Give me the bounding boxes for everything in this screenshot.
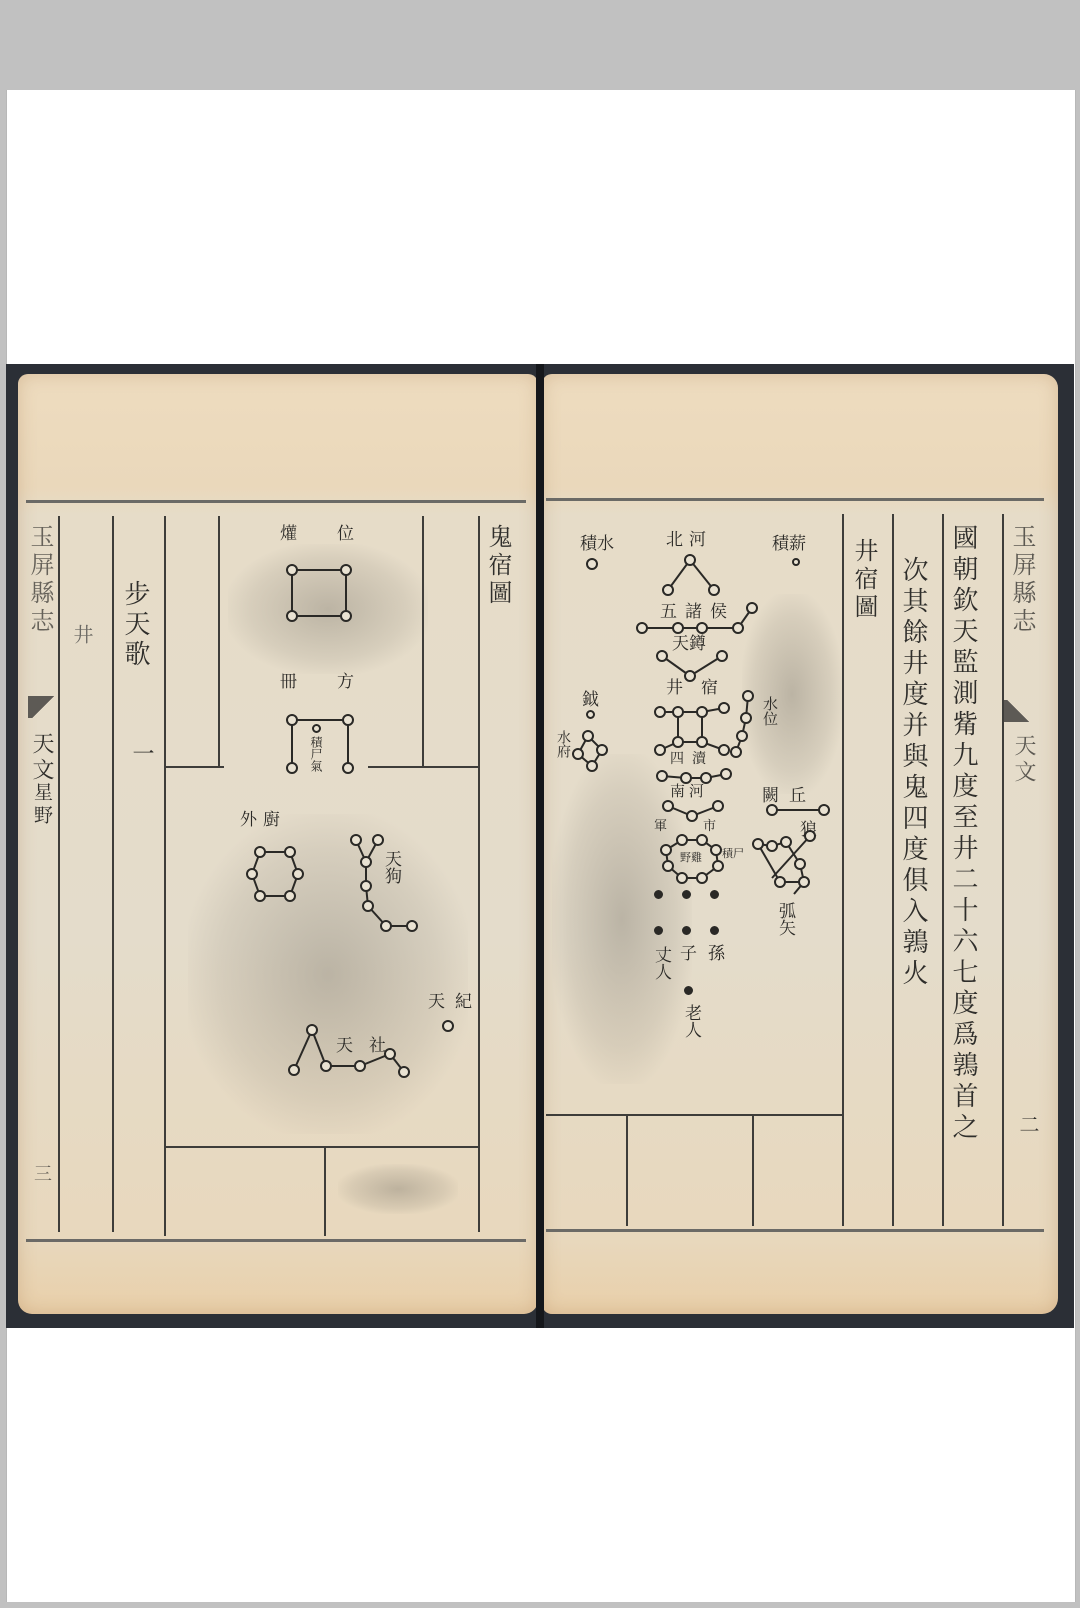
star-icon [306, 1024, 318, 1036]
star-icon [398, 1066, 410, 1078]
label-zhangren: 丈人 [652, 946, 669, 980]
star-icon [654, 890, 663, 899]
star-icon [780, 836, 792, 848]
label-sun: 孫 [708, 946, 725, 963]
star-icon [710, 890, 719, 899]
label-hushi: 弧矢 [776, 902, 793, 936]
star-icon [288, 1064, 300, 1076]
label-laoren: 老人 [682, 1004, 699, 1038]
constellation-tianshe [18, 374, 538, 1314]
star-icon [794, 858, 806, 870]
scanned-book-spread: 玉屏縣志 天文 星野 三 井 步天歌 一 鬼宿圖 爟位 冊方 [6, 364, 1074, 1328]
label-zi: 子 [680, 946, 697, 963]
star-icon [384, 1048, 396, 1060]
star-icon [682, 890, 691, 899]
star-icon [766, 840, 778, 852]
star-icon [320, 1060, 332, 1072]
star-icon [682, 926, 691, 935]
left-page: 玉屏縣志 天文 星野 三 井 步天歌 一 鬼宿圖 爟位 冊方 [18, 374, 538, 1314]
constellation-hushi [542, 374, 1058, 1314]
book-gutter [536, 364, 544, 1328]
star-icon [798, 876, 810, 888]
star-icon [684, 986, 693, 995]
star-icon [774, 876, 786, 888]
right-page: 玉屏縣志 天文 二 國朝欽天監測觜九度至井二十六七度爲鶉首之 次其餘井度并與鬼四… [542, 374, 1058, 1314]
star-icon [710, 926, 719, 935]
star-icon [804, 830, 816, 842]
star-icon [354, 1060, 366, 1072]
star-icon [654, 926, 663, 935]
star-icon [752, 838, 764, 850]
